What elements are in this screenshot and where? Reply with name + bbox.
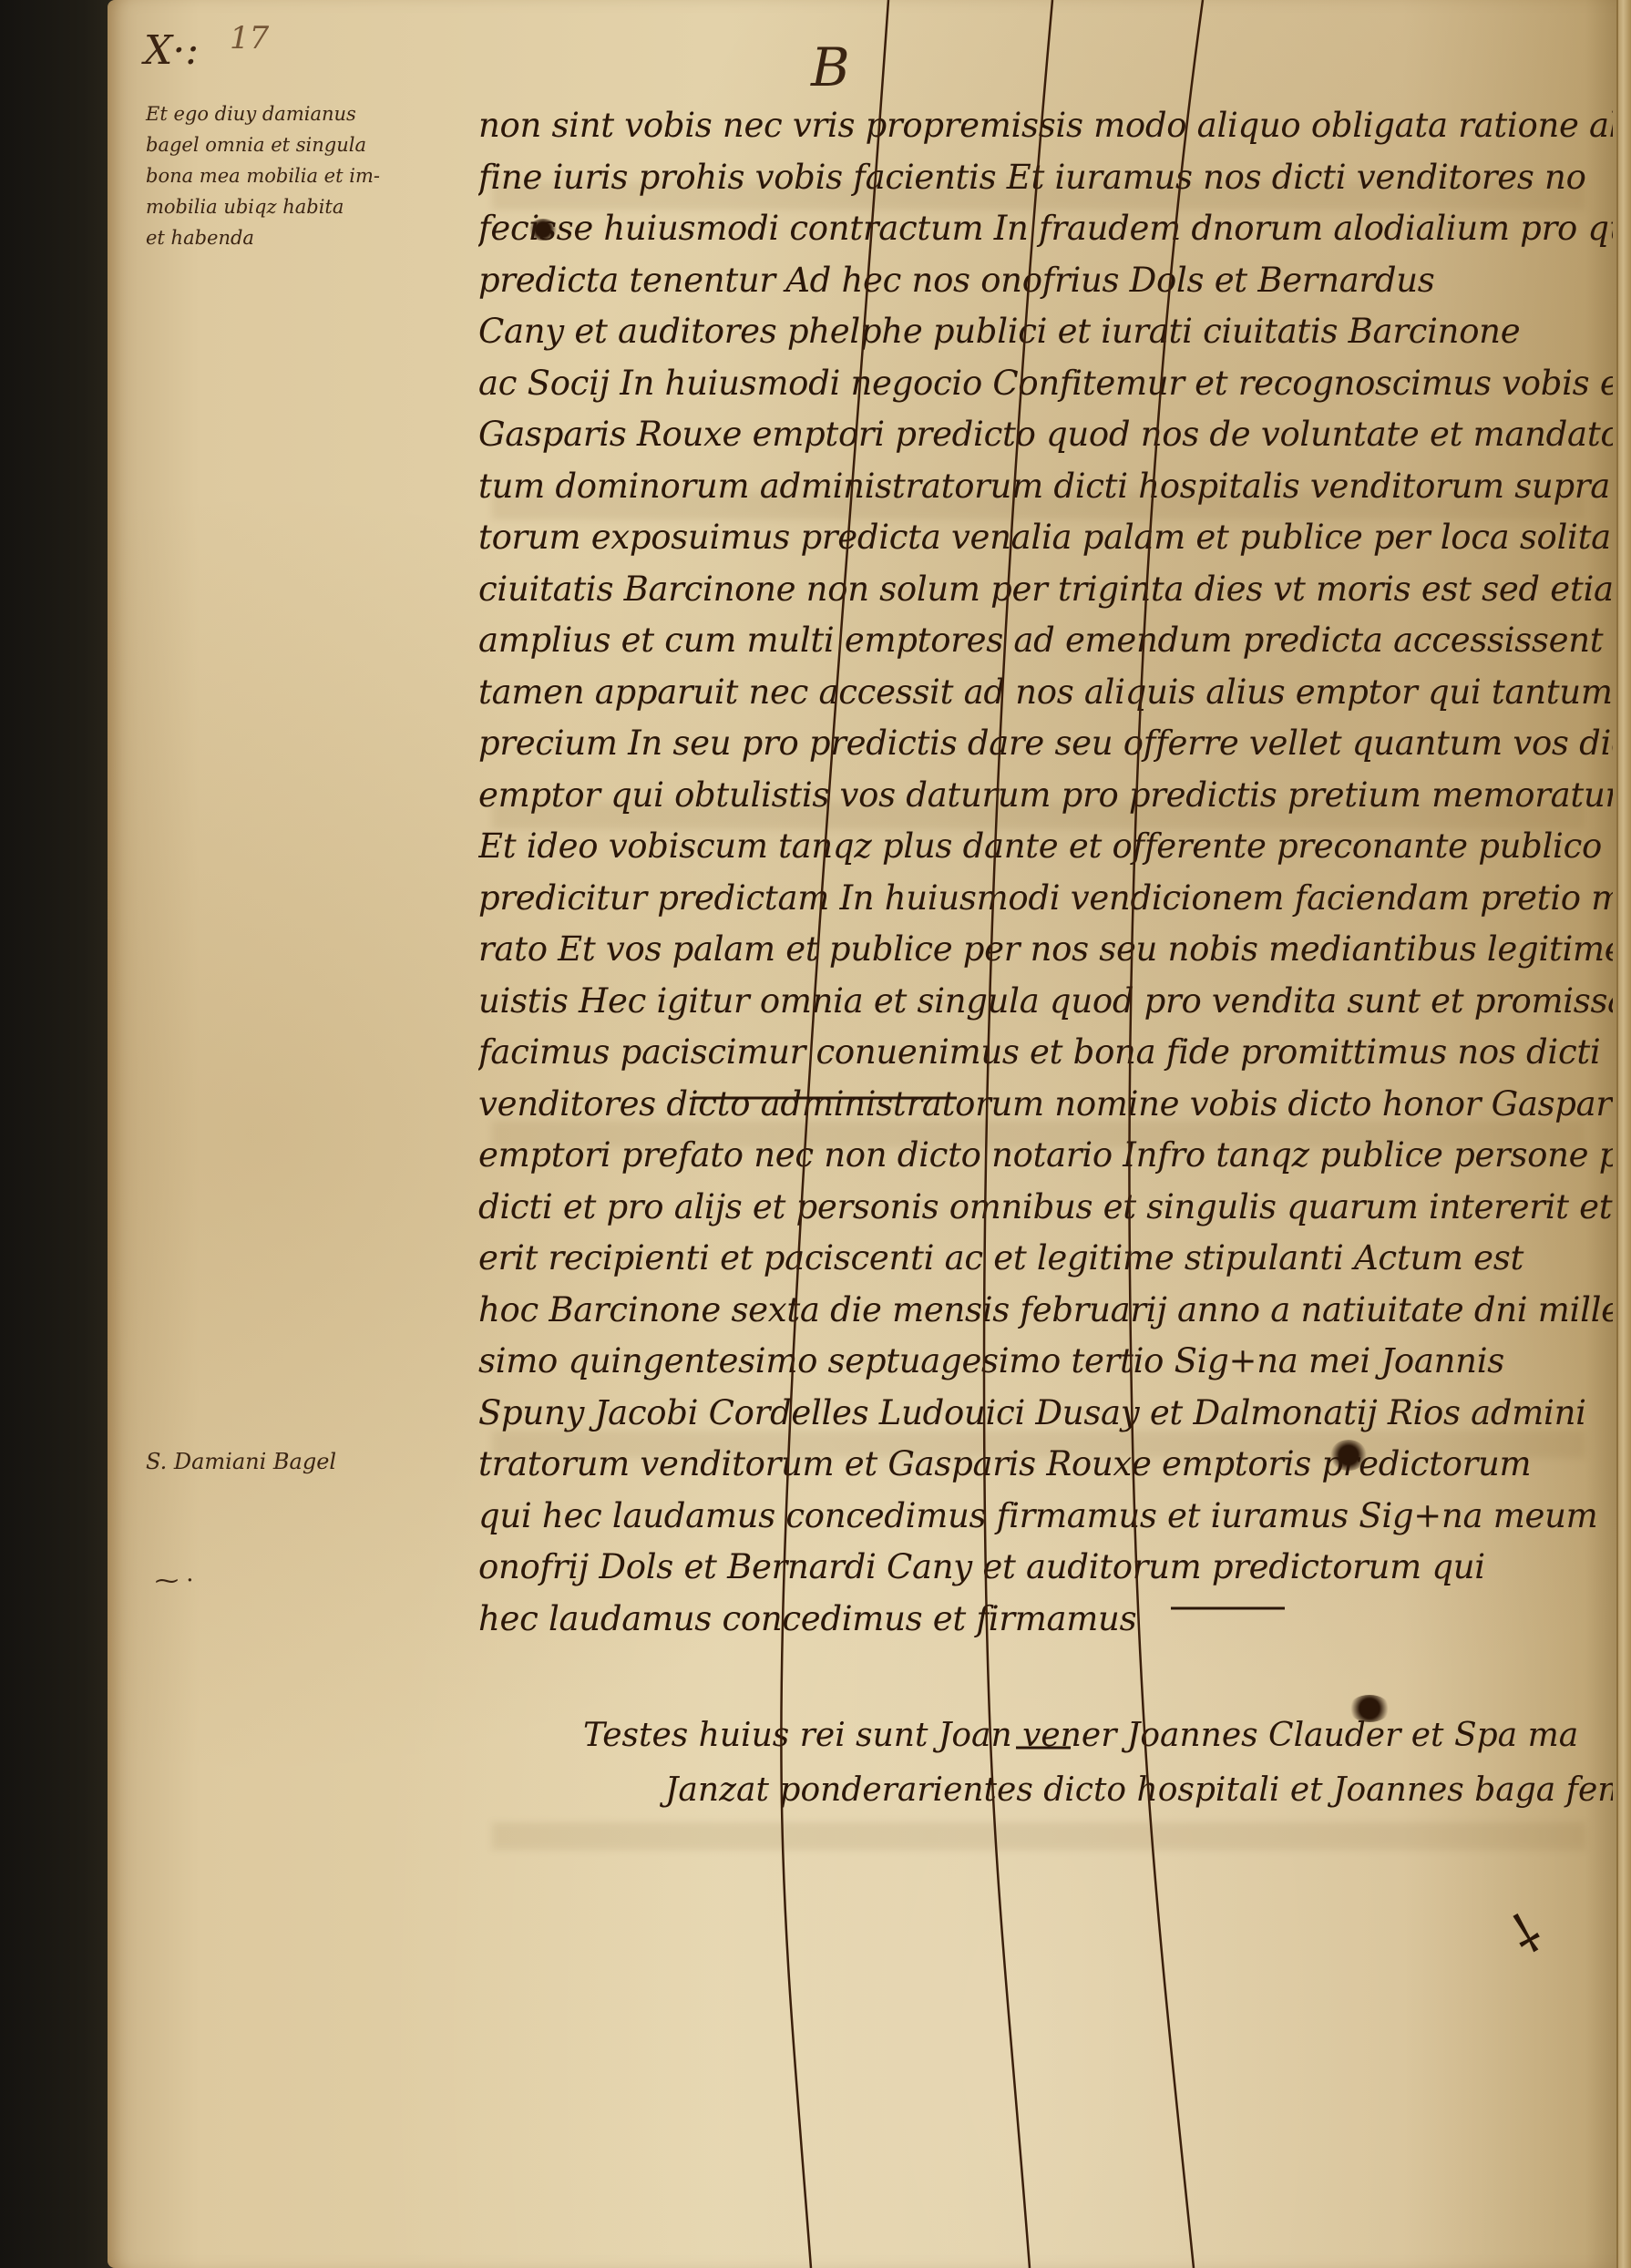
ink-blot bbox=[1330, 1440, 1367, 1471]
text-line: fine iuris prohis vobis facientis Et iur… bbox=[478, 152, 1613, 204]
margin-signature: S. Damiani Bagel bbox=[146, 1449, 336, 1474]
text-line: precium In seu pro predictis dare seu of… bbox=[478, 718, 1613, 770]
margin-note-line: Et ego diuy damianus bbox=[146, 98, 474, 129]
text-line: qui hec laudamus concedimus firmamus et … bbox=[478, 1491, 1613, 1543]
margin-note-line: et habenda bbox=[146, 222, 474, 253]
witnesses-block: Testes huius rei sunt Joan vener Joannes… bbox=[583, 1709, 1613, 1818]
text-line: ciuitatis Barcinone non solum per trigin… bbox=[478, 564, 1613, 616]
text-line: non sint vobis nec vris propremissis mod… bbox=[478, 100, 1613, 152]
text-line: facimus paciscimur conuenimus et bona fi… bbox=[478, 1027, 1613, 1079]
folio-number: 17 bbox=[230, 20, 269, 56]
text-line: amplius et cum multi emptores ad emendum… bbox=[478, 615, 1613, 667]
folio-marker: X·: bbox=[144, 27, 199, 74]
text-line: emptor qui obtulistis vos daturum pro pr… bbox=[478, 770, 1613, 822]
text-line: ac Socij In huiusmodi negocio Confitemur… bbox=[478, 358, 1613, 410]
page-edge-binding bbox=[1616, 0, 1631, 2268]
text-line: Et ideo vobiscum tanqz plus dante et off… bbox=[478, 821, 1613, 873]
text-line: tratorum venditorum et Gasparis Rouxe em… bbox=[478, 1439, 1613, 1491]
main-text-block: non sint vobis nec vris propremissis mod… bbox=[478, 100, 1613, 1645]
witness-line: Testes huius rei sunt Joan vener Joannes… bbox=[583, 1709, 1613, 1763]
text-line: tum dominorum administratorum dicti hosp… bbox=[478, 461, 1613, 513]
text-line: onofrij Dols et Bernardi Cany et auditor… bbox=[478, 1542, 1613, 1594]
text-line: fecisse huiusmodi contractum In fraudem … bbox=[478, 203, 1613, 255]
text-line: dicti et pro alijs et personis omnibus e… bbox=[478, 1182, 1613, 1234]
text-line: simo quingentesimo septuagesimo tertio S… bbox=[478, 1336, 1613, 1388]
text-line: Gasparis Rouxe emptori predicto quod nos… bbox=[478, 409, 1613, 461]
margin-note-line: bagel omnia et singula bbox=[146, 129, 474, 160]
text-line: hoc Barcinone sexta die mensis februarij… bbox=[478, 1285, 1613, 1337]
text-line: erit recipienti et paciscenti ac et legi… bbox=[478, 1233, 1613, 1285]
text-line: tamen apparuit nec accessit ad nos aliqu… bbox=[478, 667, 1613, 719]
scan-backdrop bbox=[0, 0, 118, 2268]
witness-line: Janzat ponderarientes dicto hospitali et… bbox=[583, 1763, 1613, 1818]
text-line: venditores dicto administratorum nomine … bbox=[478, 1079, 1613, 1131]
margin-note-line: bona mea mobilia et im- bbox=[146, 160, 474, 191]
ink-blot bbox=[1349, 1695, 1390, 1722]
text-line: Cany et auditores phelphe publici et iur… bbox=[478, 306, 1613, 358]
text-line: predicta tenentur Ad hec nos onofrius Do… bbox=[478, 255, 1613, 307]
text-line: torum exposuimus predicta venalia palam … bbox=[478, 512, 1613, 564]
margin-mark: ⁓ · bbox=[155, 1567, 194, 1595]
margin-note-line: mobilia ubiqz habita bbox=[146, 191, 474, 222]
bleed-through bbox=[492, 1822, 1585, 1850]
text-line: predicitur predictam In huiusmodi vendic… bbox=[478, 873, 1613, 925]
text-line: rato Et vos palam et publice per nos seu… bbox=[478, 924, 1613, 976]
text-line: uistis Hec igitur omnia et singula quod … bbox=[478, 976, 1613, 1028]
text-line: hec laudamus concedimus et firmamus bbox=[478, 1594, 1613, 1646]
margin-note: Et ego diuy damianus bagel omnia et sing… bbox=[146, 98, 474, 253]
top-mark: B bbox=[811, 36, 850, 98]
text-line: Spuny Jacobi Cordelles Ludouici Dusay et… bbox=[478, 1388, 1613, 1440]
text-line: emptori prefato nec non dicto notario In… bbox=[478, 1130, 1613, 1182]
ink-blot bbox=[528, 219, 558, 241]
